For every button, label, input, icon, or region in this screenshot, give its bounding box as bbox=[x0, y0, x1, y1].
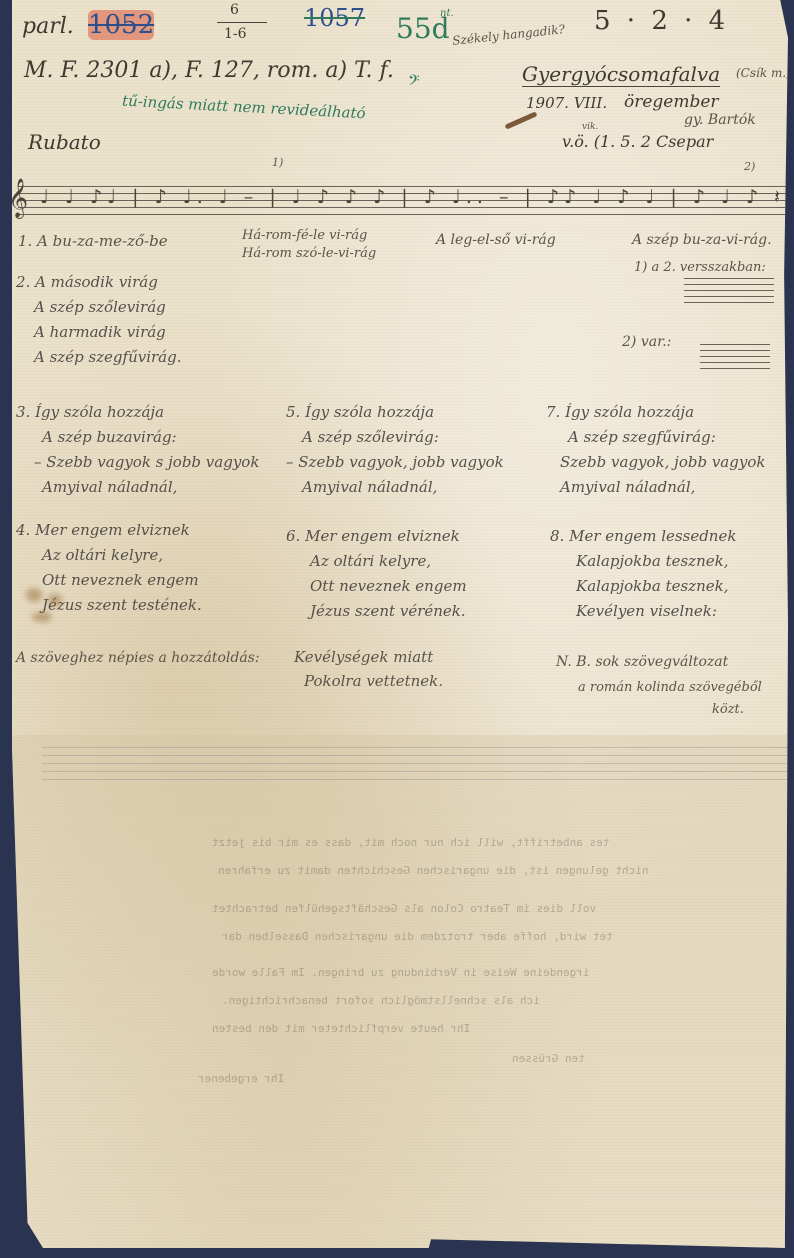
melody-notes: ♩ ♩ ♪♩ | ♪ ♩. ♩ – | ♩ ♪ ♪ ♪ | ♪ ♩.. – | … bbox=[40, 186, 794, 208]
stanza-7: 7. Így szóla hozzája A szép szegfűvirág:… bbox=[546, 400, 765, 500]
classification-number: 5 · 2 · 4 bbox=[594, 6, 729, 36]
footnote-1-text: 1) a 2. versszakban: bbox=[634, 260, 766, 275]
nb-line-2: a román kolinda szövegéből bbox=[578, 680, 762, 695]
brown-pencil-mark bbox=[504, 111, 537, 129]
stanza-4: 4. Mer engem elviznek Az oltári kelyre, … bbox=[16, 518, 202, 618]
completion-line-2: Pokolra vettetnek. bbox=[304, 672, 443, 690]
footnote-2-staff bbox=[700, 344, 770, 370]
ink-stain bbox=[32, 612, 52, 622]
fraction-bottom: 1-6 bbox=[224, 26, 247, 42]
manuscript-page: parl. 1052 6 1-6 1057 55d nt. Székely ha… bbox=[12, 0, 788, 1248]
lyric-line-2a: Há-rom-fé-le vi-rág bbox=[242, 228, 367, 243]
bleed-through-line: voll dies im Teatro Colon als Geschäftsg… bbox=[212, 902, 596, 915]
completion-line-1: Kevélységek miatt bbox=[294, 648, 433, 666]
place-name: Gyergyócsomafalva bbox=[522, 62, 720, 87]
completion-label: A szöveghez népies a hozzátoldás: bbox=[16, 650, 260, 666]
footnote-mark-2: 2) bbox=[744, 160, 755, 173]
stanza-8: 8. Mer engem lessednek Kalapjokba teszne… bbox=[550, 524, 736, 624]
faint-empty-staff bbox=[42, 747, 794, 783]
footnote-2-text: 2) var.: bbox=[622, 334, 671, 350]
green-revision-note: tű-ingás miatt nem revideálható bbox=[122, 92, 366, 123]
bleed-through-line: ten Grüssen bbox=[512, 1052, 585, 1065]
catalog-label: parl. bbox=[22, 14, 74, 39]
bleed-through-line: tes anbetrifft, will ich nur noch mit, d… bbox=[212, 836, 609, 849]
compare-superscript: vik. bbox=[582, 122, 598, 132]
bleed-through-line: ich als schnellstmöglich sofort benachri… bbox=[222, 994, 540, 1007]
tempo-marking: Rubato bbox=[28, 130, 101, 154]
bleed-through-line: Ihr ergebener bbox=[198, 1072, 284, 1085]
question-note: Székely hangadik? bbox=[452, 22, 566, 48]
bleed-through-line: tet wird, hoffe aber trotzdem die ungari… bbox=[222, 930, 613, 943]
collection-date: 1907. VIII. bbox=[526, 94, 607, 112]
green-staff-fragment: 𝄢 bbox=[408, 72, 420, 93]
compare-note: v.ö. (1. 5. 2 Csepar bbox=[562, 132, 713, 151]
treble-clef-icon: 𝄞 bbox=[8, 178, 28, 218]
bleed-through-line: irgendeine Weise in Verbindung zu bringe… bbox=[212, 966, 590, 979]
collector: gy. Bartók bbox=[684, 112, 756, 128]
footnote-1-staff bbox=[684, 278, 774, 304]
ink-stain bbox=[26, 588, 42, 602]
green-catalog-suffix: nt. bbox=[440, 8, 454, 19]
bleed-through-line: nicht gelungen ist, die ungarischen Gesc… bbox=[218, 864, 648, 877]
lyric-line-3: A leg-el-ső vi-rág bbox=[436, 232, 556, 248]
stanza-5: 5. Így szóla hozzája A szép szőlevirág: … bbox=[286, 400, 504, 500]
fraction-top: 6 bbox=[230, 2, 239, 18]
lyric-line-4: A szép bu-za-vi-rág. bbox=[632, 232, 772, 248]
singer: öregember bbox=[624, 92, 719, 112]
stanza-3: 3. Így szóla hozzája A szép buzavirág: –… bbox=[16, 400, 259, 500]
county-name: (Csík m.) bbox=[736, 66, 791, 80]
nb-line-3: közt. bbox=[712, 702, 744, 717]
ink-stain bbox=[48, 594, 62, 606]
fraction-bar bbox=[217, 22, 267, 23]
nb-line-1: N. B. sok szövegváltozat bbox=[556, 654, 728, 670]
catalog-new-number: 1057 bbox=[304, 4, 365, 32]
stanza-2: 2. A második virág A szép szőlevirág A h… bbox=[16, 270, 182, 370]
reference-line: M. F. 2301 a), F. 127, rom. a) T. f. bbox=[24, 58, 394, 83]
catalog-old-number: 1052 bbox=[88, 10, 154, 40]
footnote-mark-1: 1) bbox=[272, 156, 283, 169]
lyric-line-2b: Há-rom szó-le-vi-rág bbox=[242, 246, 376, 261]
bleed-through-line: Ihr heute verpflichteter mit den besten bbox=[212, 1022, 470, 1035]
stanza-6: 6. Mer engem elviznek Az oltári kelyre, … bbox=[286, 524, 467, 624]
lyric-line-1: 1. A bu-za-me-ző-be bbox=[18, 232, 168, 250]
